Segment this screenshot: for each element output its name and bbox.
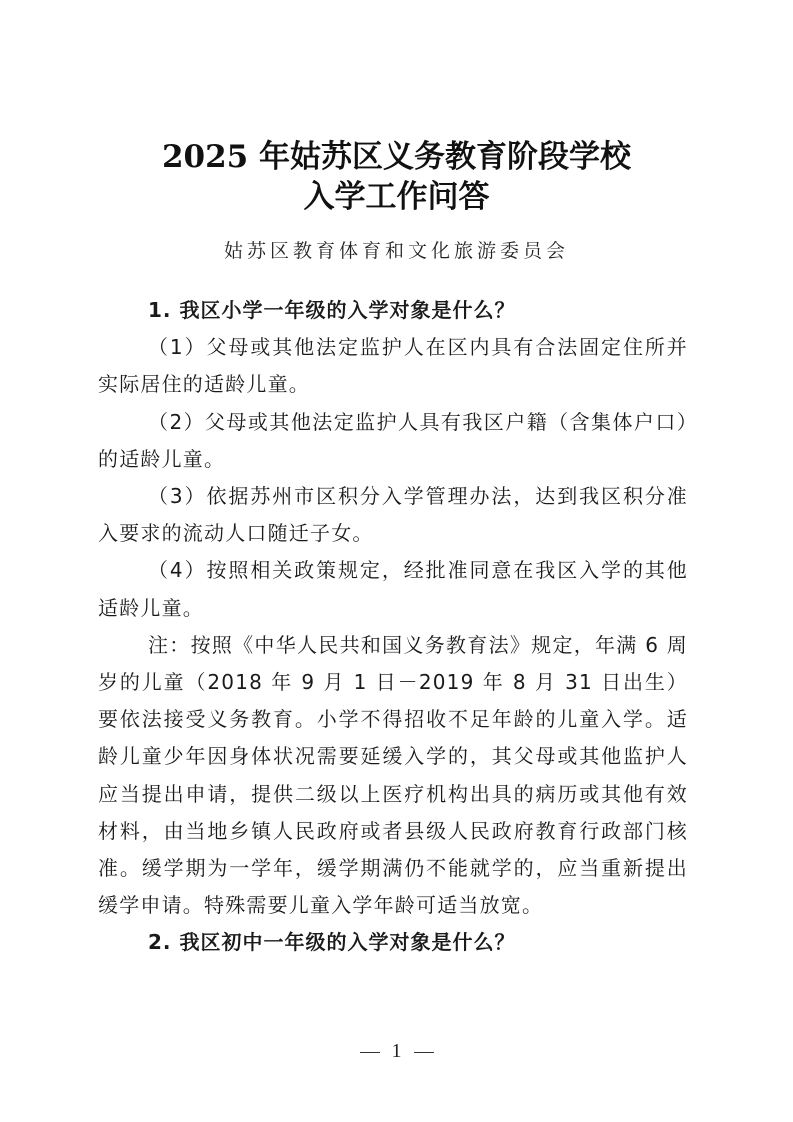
- section-heading-1: 1. 我区小学一年级的入学对象是什么？: [98, 292, 688, 329]
- paragraph-item-2: （2）父母或其他法定监护人具有我区户籍（含集体户口）的适龄儿童。: [98, 404, 688, 478]
- document-title-line-1: 2025 年姑苏区义务教育阶段学校: [0, 138, 793, 176]
- footer-dash-left: [360, 1052, 380, 1053]
- paragraph-item-4: （4）按照相关政策规定，经批准同意在我区入学的其他适龄儿童。: [98, 552, 688, 626]
- paragraph-item-1: （1）父母或其他法定监护人在区内具有合法固定住所并实际居住的适龄儿童。: [98, 329, 688, 403]
- issuing-organization: 姑苏区教育体育和文化旅游委员会: [0, 236, 793, 266]
- section-heading-2: 2. 我区初中一年级的入学对象是什么？: [98, 924, 688, 961]
- page-number: 1: [392, 1040, 402, 1062]
- paragraph-note: 注：按照《中华人民共和国义务教育法》规定，年满 6 周岁的儿童（2018 年 9…: [98, 627, 688, 925]
- footer-dash-right: [414, 1052, 434, 1053]
- page-footer: 1: [0, 1040, 793, 1063]
- document-title-line-2: 入学工作问答: [0, 178, 793, 216]
- document-page: 2025 年姑苏区义务教育阶段学校 入学工作问答 姑苏区教育体育和文化旅游委员会…: [0, 0, 793, 1122]
- paragraph-item-3: （3）依据苏州市区积分入学管理办法，达到我区积分准入要求的流动人口随迁子女。: [98, 478, 688, 552]
- document-body: 1. 我区小学一年级的入学对象是什么？ （1）父母或其他法定监护人在区内具有合法…: [98, 292, 688, 962]
